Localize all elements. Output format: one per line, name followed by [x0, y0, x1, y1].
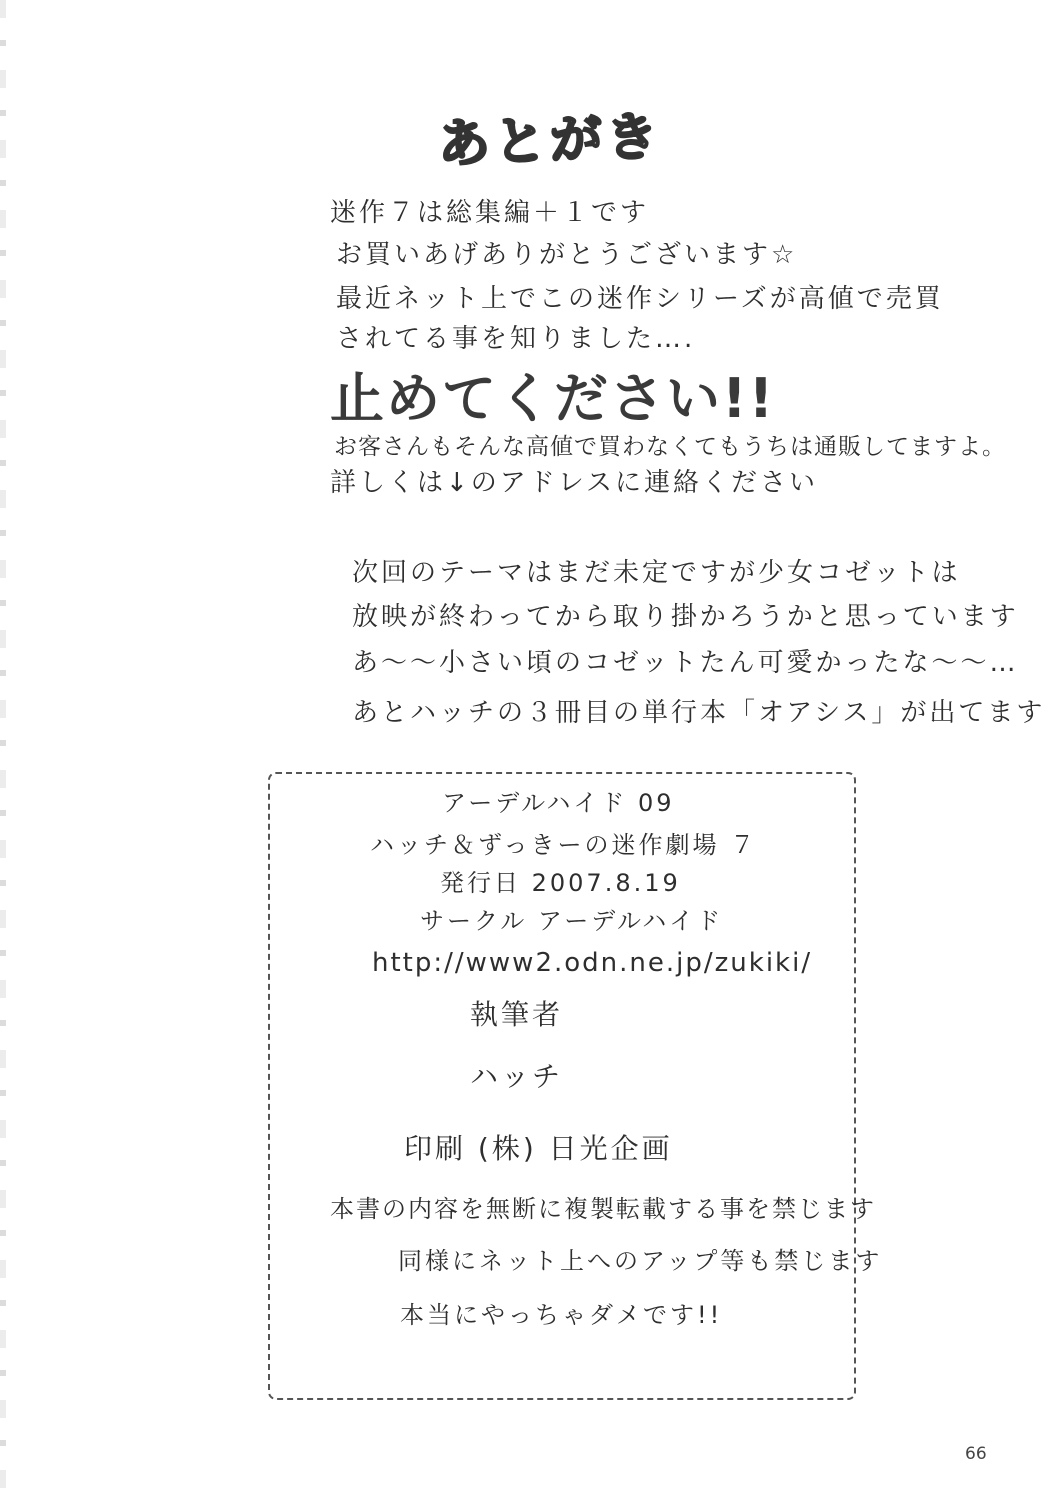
colophon-circle: サークル アーデルハイド	[420, 904, 723, 938]
shout-heading: 止めてください!!	[330, 368, 775, 430]
text-line: あ〜〜小さい頃のコゼットたん可愛かったな〜〜…	[352, 646, 1018, 680]
colophon-author-label: 執筆者	[470, 998, 563, 1032]
colophon-publish-date: 発行日 2007.8.19	[440, 866, 681, 900]
text-line: 詳しくは↓のアドレスに連絡ください	[330, 466, 818, 500]
page-number: 66	[965, 1444, 987, 1464]
colophon-issue: アーデルハイド 09	[442, 786, 675, 820]
colophon-book-title: ハッチ＆ずっきーの迷作劇場 ７	[370, 828, 757, 862]
colophon-notice: 本当にやっちゃダメです!!	[400, 1298, 722, 1332]
colophon-url: http://www2.odn.ne.jp/zukiki/	[372, 946, 812, 980]
text-line: 放映が終わってから取り掛かろうかと思っています	[352, 600, 1019, 634]
text-line: 次回のテーマはまだ未定ですが少女コゼットは	[352, 556, 960, 590]
text-line: 最近ネット上でこの迷作シリーズが高値で売買	[336, 282, 944, 316]
text-line: お買いあげありがとうございます☆	[336, 238, 797, 272]
text-line: お客さんもそんな高値で買わなくてもうちは通販してますよ。	[334, 430, 1006, 464]
colophon-author: ハッチ	[470, 1060, 563, 1094]
text-line: されてる事を知りました….	[336, 322, 695, 356]
colophon-notice: 本書の内容を無断に複製転載する事を禁じます	[330, 1192, 876, 1226]
page-edge	[0, 0, 6, 1500]
text-line: あとハッチの３冊目の単行本「オアシス」が出てます	[352, 696, 1045, 730]
text-line: 迷作７は総集編＋１です	[330, 196, 649, 230]
colophon-notice: 同様にネット上へのアップ等も禁じます	[398, 1244, 882, 1278]
afterword-title: あとがき	[419, 103, 681, 178]
colophon-printer: 印刷 (株) 日光企画	[404, 1132, 673, 1166]
